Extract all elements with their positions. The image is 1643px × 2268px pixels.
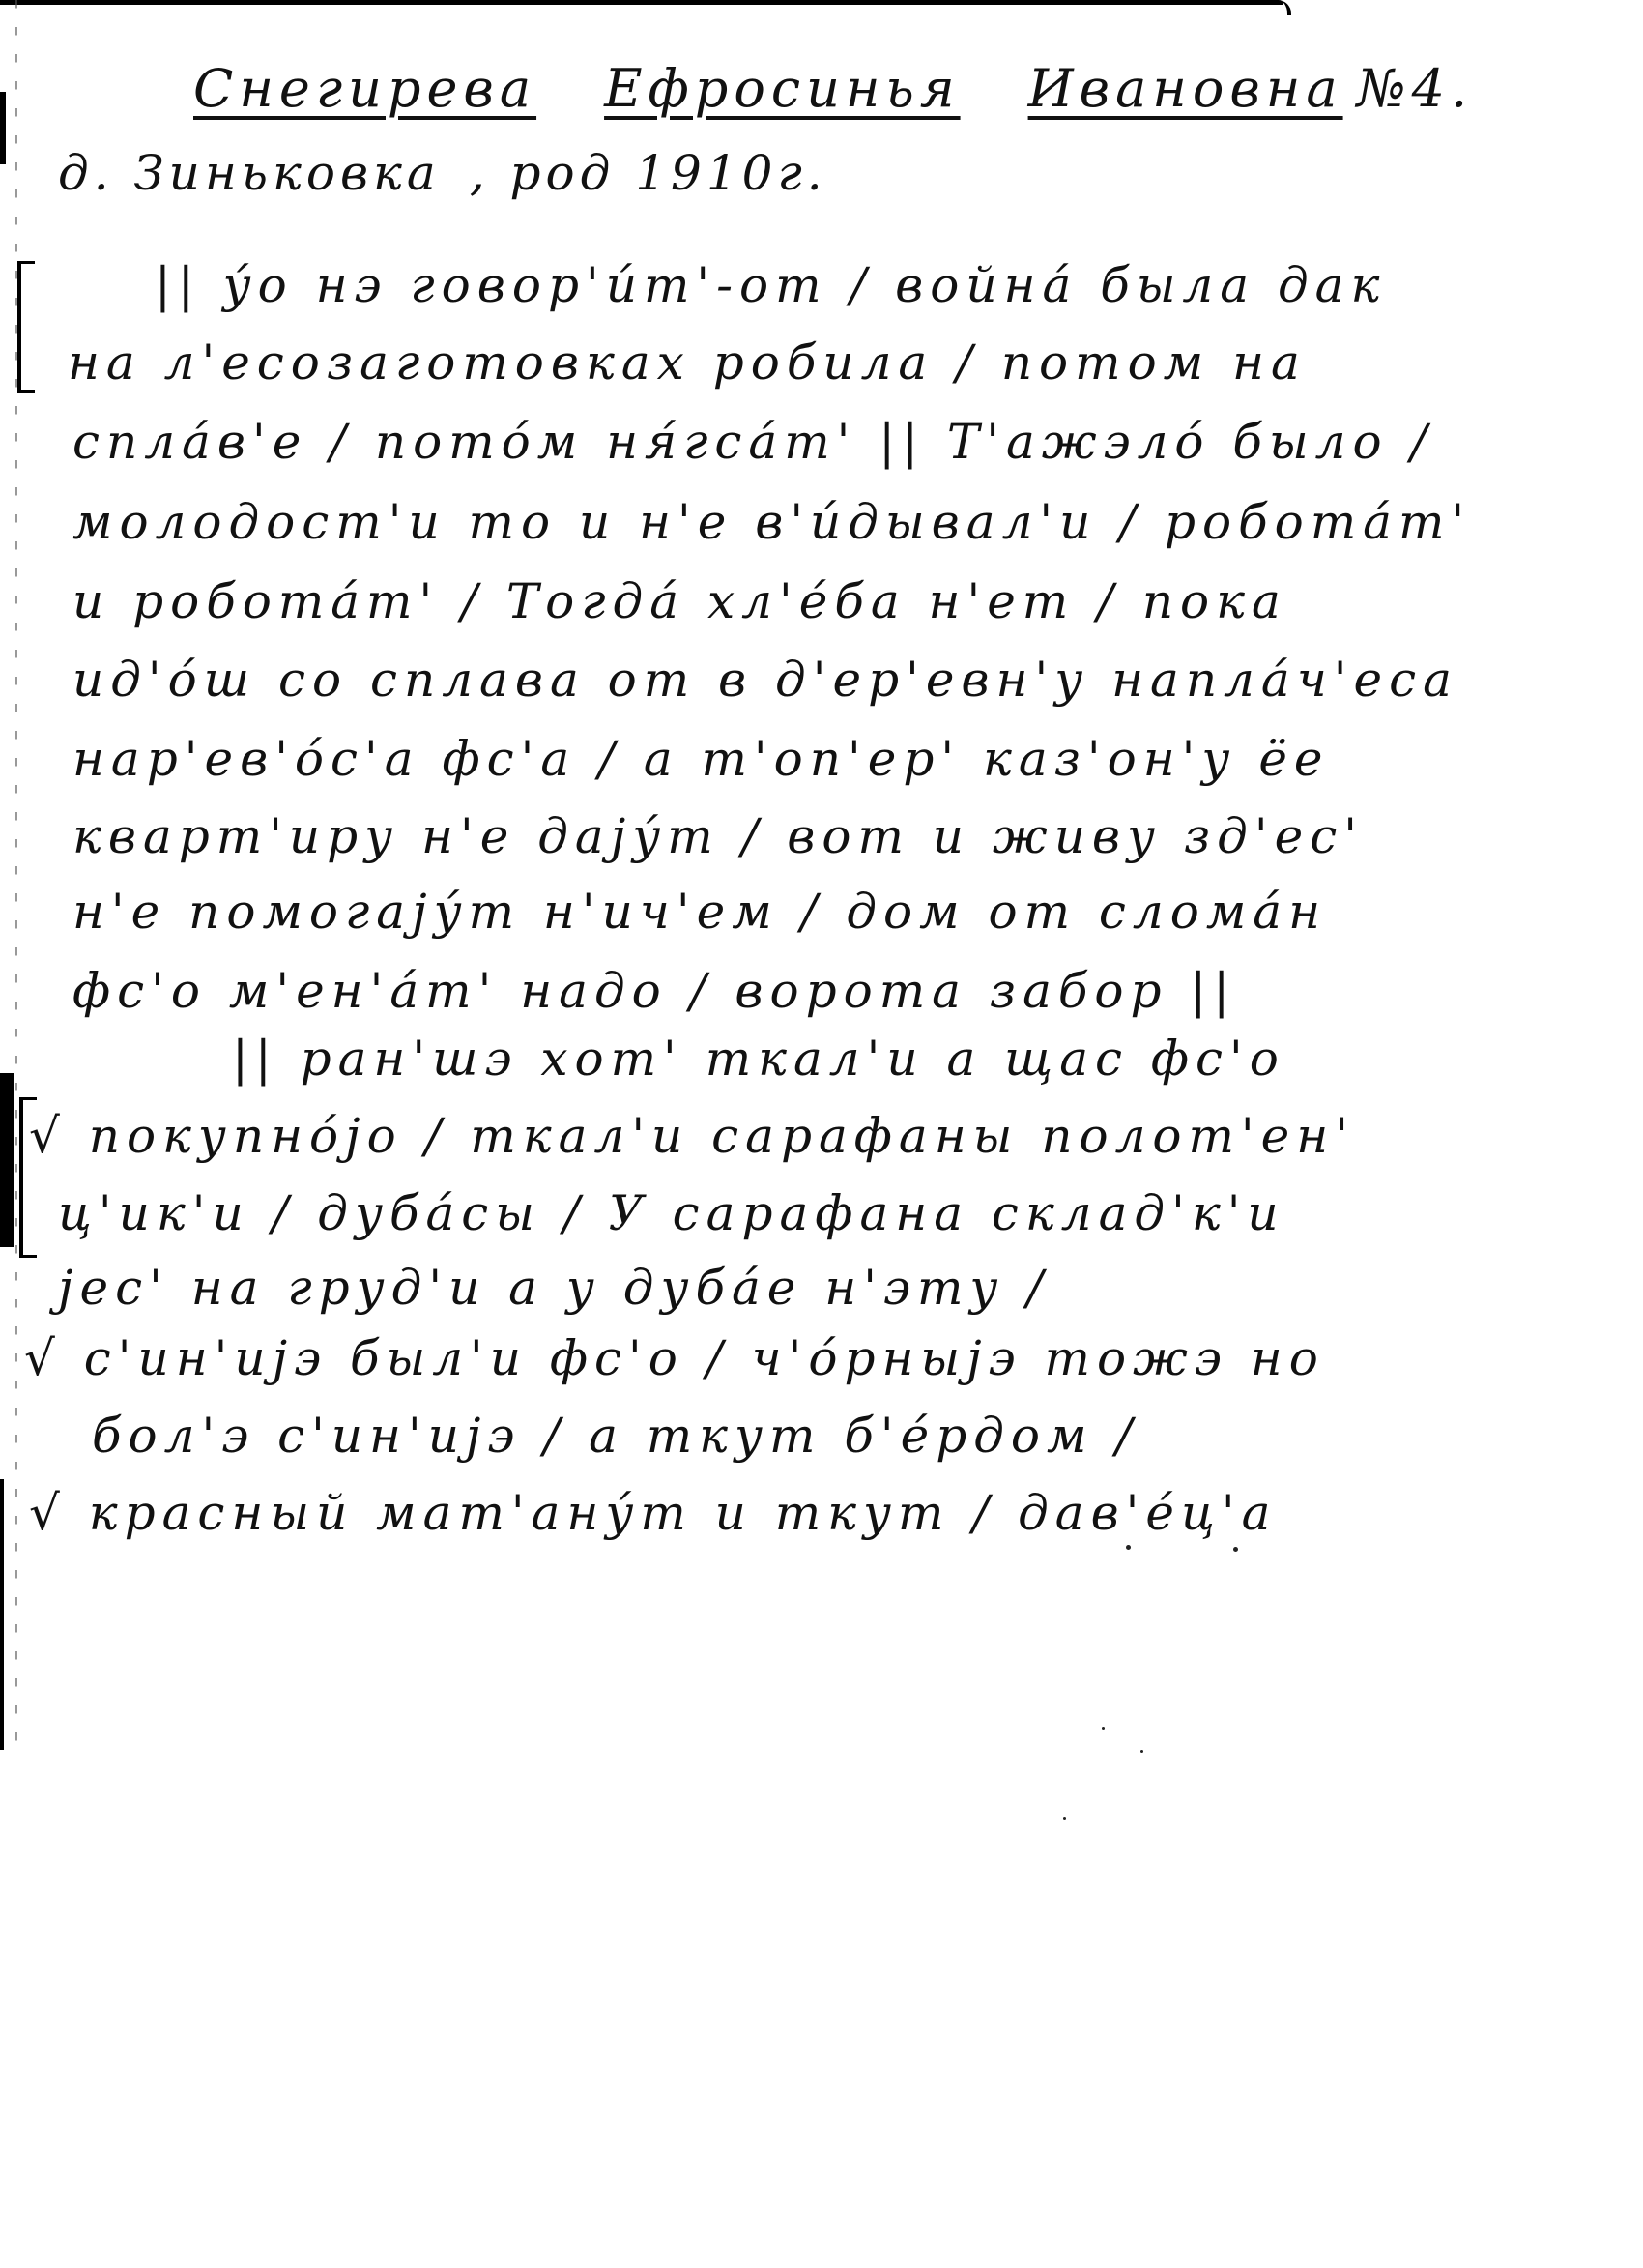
ink-speck bbox=[1102, 1727, 1105, 1730]
transcript-line: ид'о́ш со сплава от в д'ер'евн'у напла́ч… bbox=[72, 655, 1458, 704]
transcript-line: н'е помогају́т н'ич'ем / дом от слома́н bbox=[72, 887, 1327, 936]
informant-surname: Снегирева bbox=[193, 58, 536, 119]
margin-bracket bbox=[17, 261, 35, 393]
transcript-line: фс'о м'ен'а́т' надо / ворота забор || bbox=[72, 967, 1236, 1015]
page-left-edge-shadow bbox=[0, 1479, 4, 1750]
transcript-line: || ран'шэ хот' ткал'и а щас фс'о bbox=[232, 1034, 1285, 1083]
page-top-border bbox=[0, 0, 1283, 5]
ink-speck bbox=[1140, 1750, 1143, 1753]
document-header: СнегиреваЕфросиньяИвановна№4. bbox=[193, 58, 1473, 119]
transcript-line: нар'ев'о́с'а фс'а / а т'оп'ер' каз'он'у … bbox=[72, 735, 1330, 783]
village-name: д. Зиньковка bbox=[58, 145, 441, 201]
ink-speck bbox=[1233, 1547, 1238, 1552]
transcript-line: √ красный мат'ану́т и ткут / дав'е́ц'а bbox=[29, 1489, 1277, 1537]
page-left-edge-dots bbox=[15, 0, 17, 1750]
record-number: №4. bbox=[1357, 58, 1474, 119]
document-subheader: д. Зиньковка, род 1910г. bbox=[58, 145, 827, 201]
transcript-line: бол'э с'ин'ијэ / а ткут б'е́рдом / bbox=[92, 1411, 1139, 1460]
informant-first-name: Ефросинья bbox=[604, 58, 961, 119]
transcript-line: на л'есозаготовках робила / потом на bbox=[68, 338, 1307, 387]
transcript-line: √ покупно́јо / ткал'и сарафаны полот'ен' bbox=[29, 1112, 1355, 1160]
transcript-line: || у́о нэ говор'и́т'-от / война́ была да… bbox=[155, 261, 1386, 309]
ink-speck bbox=[1063, 1817, 1066, 1820]
transcript-line: спла́в'е / пото́м ня́гса́т' || Т'ажэло́ … bbox=[72, 418, 1433, 466]
informant-name: СнегиреваЕфросиньяИвановна bbox=[193, 58, 1343, 119]
birth-year: , род 1910г. bbox=[470, 145, 827, 201]
ink-speck bbox=[1148, 1520, 1153, 1525]
transcript-line: и робота́т' / Тогда́ хл'е́ба н'ет / пока bbox=[72, 577, 1287, 625]
transcript-line: молодост'и то и н'е в'и́дывал'и / робота… bbox=[72, 498, 1471, 546]
page-left-edge-shadow bbox=[0, 92, 6, 164]
informant-patronymic: Ивановна bbox=[1028, 58, 1343, 119]
page-top-curl bbox=[1274, 0, 1291, 15]
page-left-edge-shadow bbox=[0, 1073, 14, 1247]
transcript-line: √ с'ин'ијэ был'и фс'о / ч'о́рныјэ тожэ н… bbox=[24, 1334, 1325, 1382]
transcript-line: кварт'иру н'е дају́т / вот и живу зд'ес' bbox=[72, 812, 1364, 860]
transcript-line: јес' на груд'и а у дуба́е н'эту / bbox=[58, 1264, 1050, 1312]
ink-speck bbox=[1126, 1545, 1131, 1550]
transcript-line: ц'ик'и / дуба́сы / У сарафана склад'к'и bbox=[58, 1189, 1285, 1237]
